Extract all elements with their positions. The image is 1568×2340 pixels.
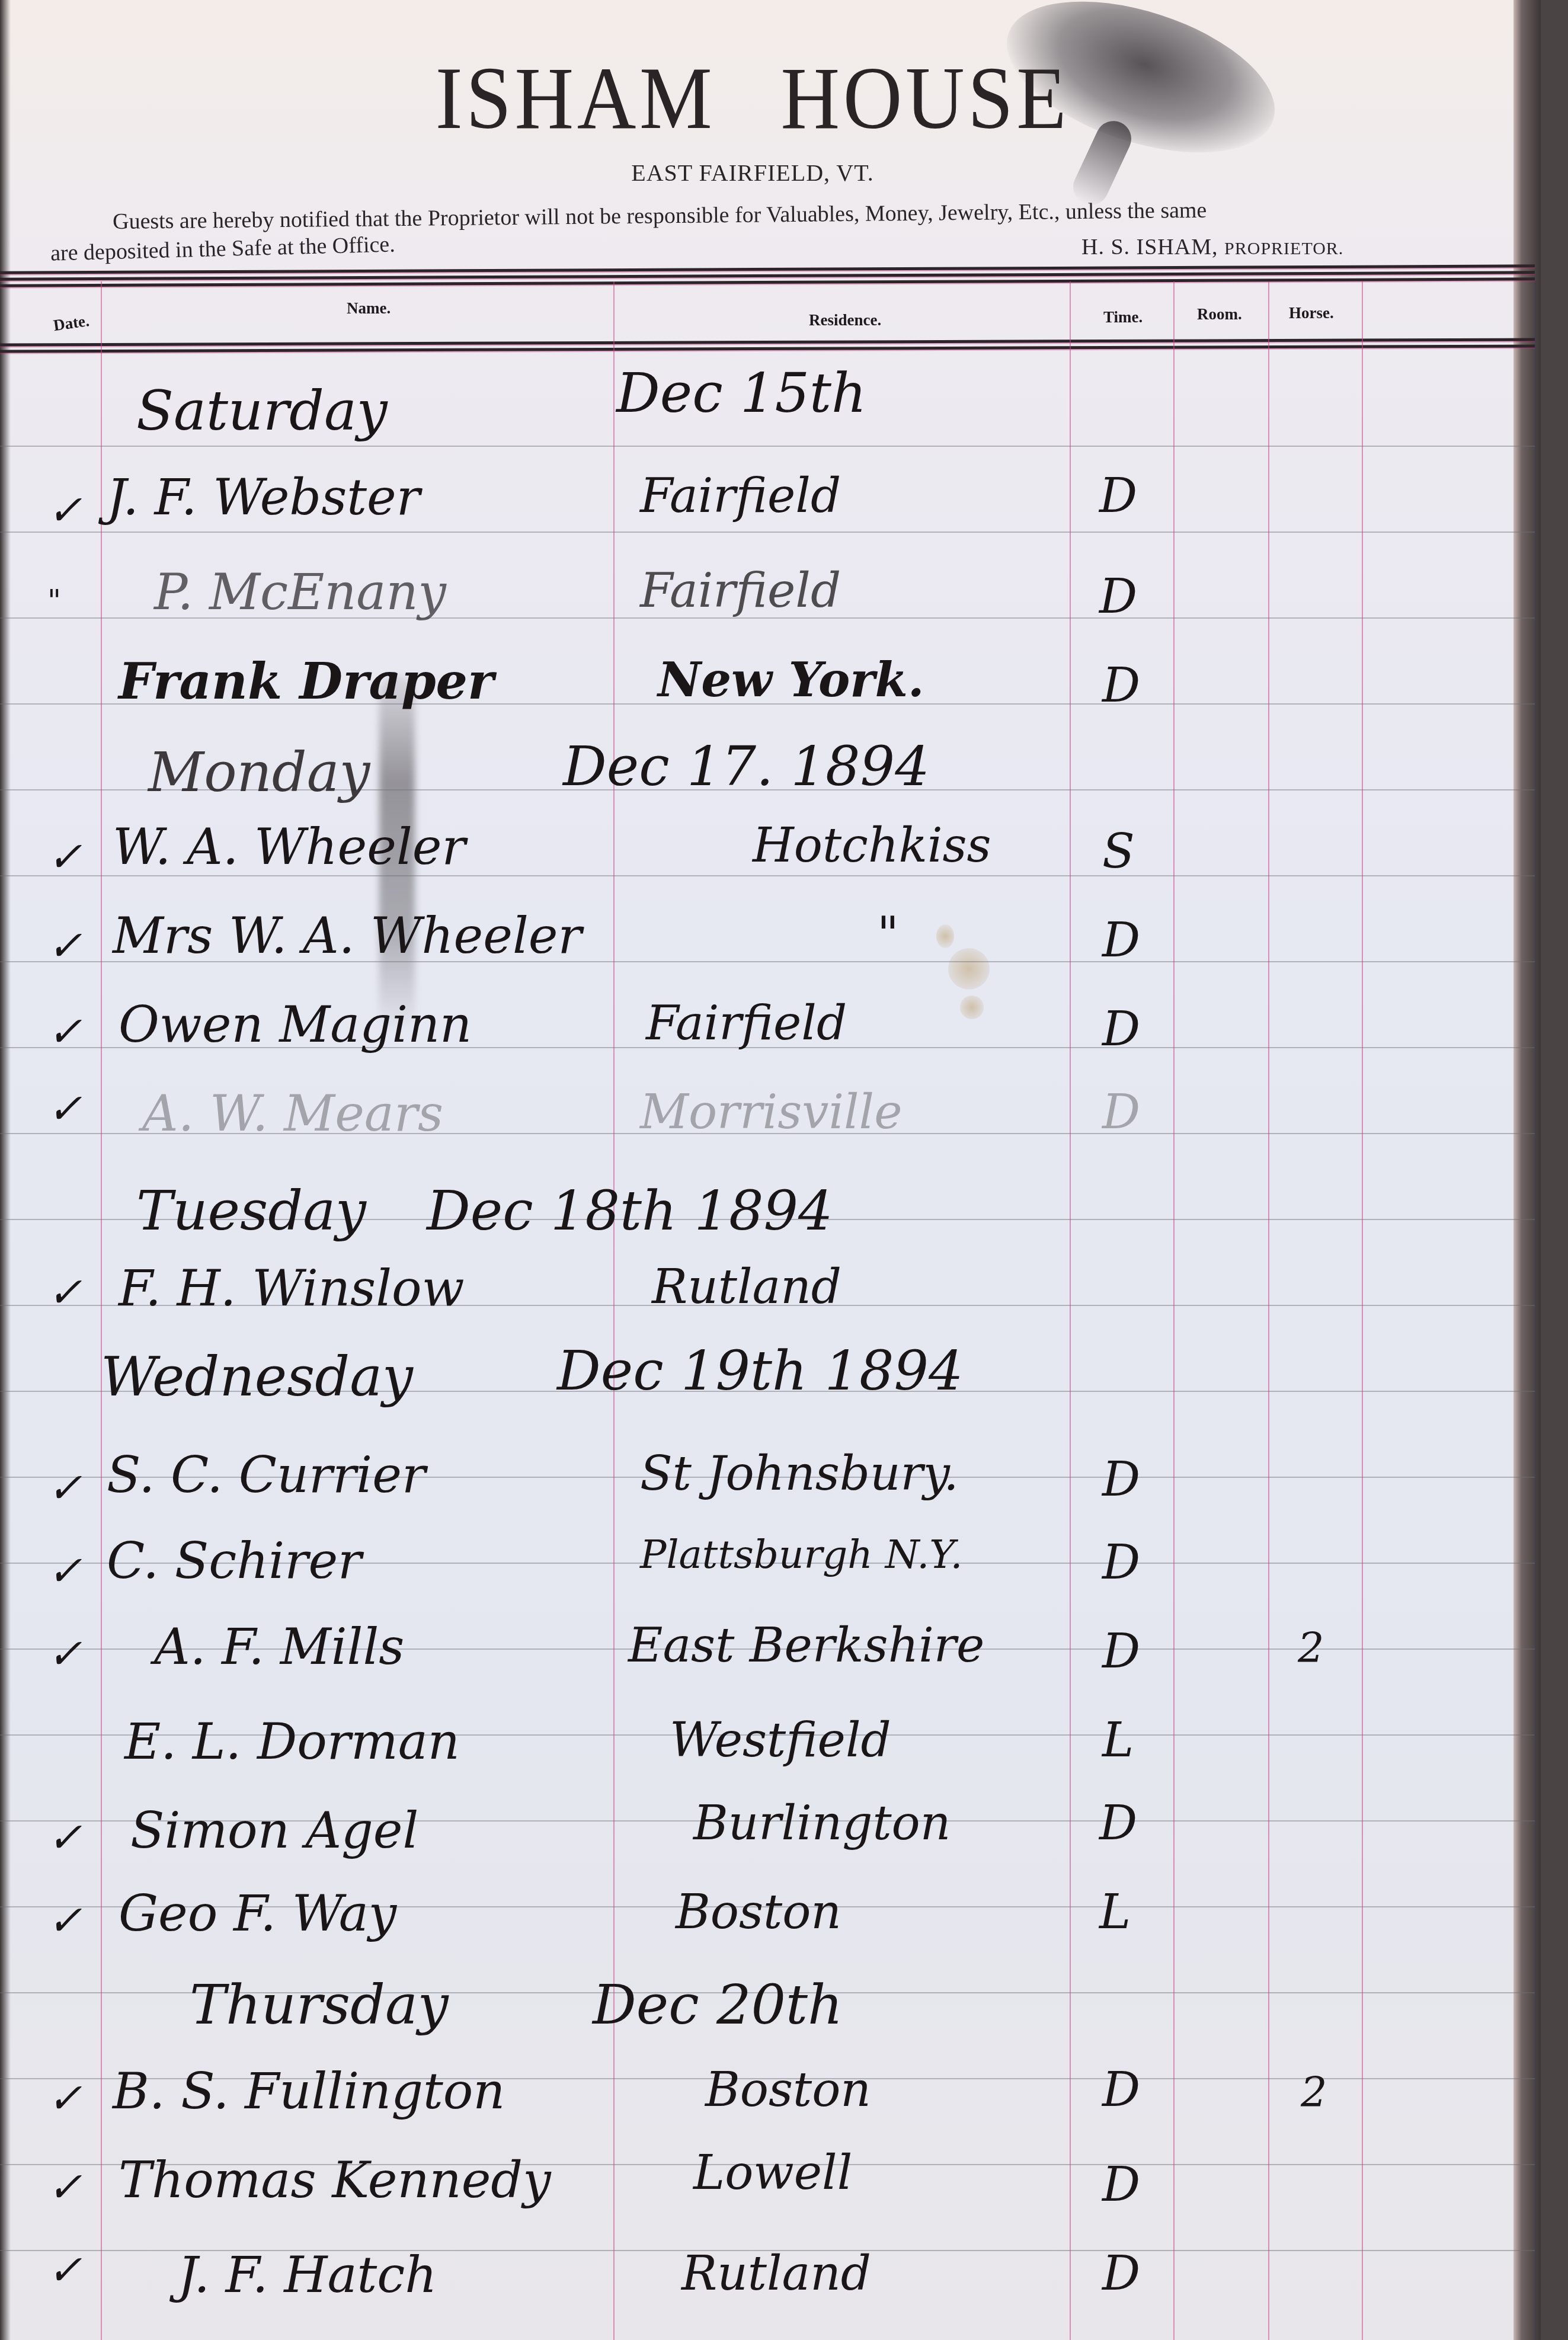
column-rule-residence — [1070, 281, 1071, 2340]
day-heading: Wednesday — [101, 1345, 413, 1409]
guest-residence: Hotchkiss — [753, 818, 991, 873]
guest-residence: St Johnsbury. — [640, 1446, 959, 1501]
guest-name: P. McEnany — [154, 563, 446, 621]
checkmark: ✓ — [47, 1896, 82, 1945]
arrival-time: D — [1102, 1084, 1140, 1139]
ruled-line — [0, 532, 1535, 533]
notice-line-2: are deposited in the Safe at the Office. — [50, 231, 396, 266]
column-header-time: Time. — [1103, 308, 1143, 326]
notice-line-1: Guests are hereby notified that the Prop… — [113, 194, 1476, 235]
guest-name: Mrs W. A. Wheeler — [113, 907, 582, 965]
column-rule-date — [101, 281, 102, 2340]
checkmark: ✓ — [47, 2163, 82, 2211]
arrival-time: D — [1102, 658, 1140, 713]
day-heading-date: Dec 15th — [616, 361, 866, 425]
guest-residence: Fairfield — [640, 468, 841, 523]
ruled-line — [0, 446, 1535, 447]
title-word-house: HOUSE — [781, 49, 1070, 148]
column-header-horse: Horse. — [1289, 304, 1334, 322]
day-heading: Tuesday — [136, 1179, 366, 1243]
ditto-mark: " — [47, 584, 61, 618]
arrival-time: D — [1102, 2062, 1140, 2117]
guest-name: C. Schirer — [107, 1532, 361, 1590]
guest-name: Owen Maginn — [119, 995, 472, 1054]
column-rule-horse — [1362, 281, 1363, 2340]
checkmark: ✓ — [47, 2074, 82, 2123]
column-header-residence: Residence. — [809, 311, 881, 329]
arrival-time: D — [1102, 913, 1140, 968]
guest-residence: Morrisville — [640, 1084, 903, 1139]
checkmark: ✓ — [47, 486, 82, 534]
day-heading: Thursday — [190, 1973, 449, 2037]
arrival-time: L — [1099, 1884, 1131, 1939]
guest-name: J. F. Webster — [107, 468, 420, 526]
guest-name: Simon Agel — [130, 1801, 418, 1859]
day-heading-date: Dec 19th 1894 — [557, 1339, 964, 1403]
arrival-time: D — [1102, 1535, 1140, 1590]
water-stain — [948, 948, 990, 990]
arrival-time: D — [1102, 1452, 1140, 1507]
checkmark: ✓ — [47, 1464, 82, 1512]
guest-residence: Burlington — [693, 1795, 951, 1851]
guest-residence: Rutland — [652, 1259, 841, 1314]
column-header-date: Date. — [52, 312, 90, 335]
guest-name: A. W. Mears — [142, 1084, 443, 1142]
guest-residence: " — [877, 907, 899, 962]
column-rule-room — [1268, 281, 1269, 2340]
arrival-time: D — [1102, 1624, 1140, 1679]
guest-residence: Boston — [676, 1884, 841, 1939]
proprietor-title: PROPRIETOR. — [1224, 239, 1343, 258]
guest-residence: Fairfield — [646, 995, 847, 1051]
hotel-location: EAST FAIRFIELD, VT. — [0, 159, 1505, 187]
guest-name: B. S. Fullington — [113, 2062, 505, 2120]
guest-name: S. C. Currier — [107, 1446, 425, 1504]
guest-name: Geo F. Way — [119, 1884, 396, 1942]
horse-count: 2 — [1301, 2068, 1327, 2117]
proprietor-signature: H. S. ISHAM, PROPRIETOR. — [1081, 234, 1343, 260]
arrival-time: D — [1099, 468, 1137, 523]
guest-name: W. A. Wheeler — [113, 818, 466, 876]
guest-name: J. F. Hatch — [178, 2246, 437, 2304]
guest-name: Thomas Kennedy — [119, 2151, 551, 2209]
title-word-isham: ISHAM — [436, 49, 715, 148]
guest-residence: Plattsburgh N.Y. — [640, 1532, 962, 1577]
proprietor-name: H. S. ISHAM, — [1081, 235, 1224, 260]
day-heading-date: Dec 20th — [593, 1973, 843, 2037]
day-heading-date: Dec 17. 1894 — [563, 735, 930, 798]
checkmark: ✓ — [47, 833, 82, 881]
day-heading: Saturday — [136, 379, 388, 443]
arrival-time: D — [1102, 1001, 1140, 1057]
header-rule-top — [0, 264, 1535, 290]
checkmark: ✓ — [47, 1547, 82, 1595]
guest-residence: Fairfield — [640, 563, 841, 618]
hotel-title: ISHAMHOUSE — [60, 47, 1445, 149]
arrival-time: D — [1099, 1795, 1137, 1851]
arrival-time: D — [1102, 2157, 1140, 2212]
checkmark: ✓ — [47, 921, 82, 970]
day-heading: Monday — [148, 741, 370, 804]
column-rule-time — [1173, 281, 1175, 2340]
guest-residence: New York. — [658, 652, 924, 708]
ledger-page: ISHAMHOUSE EAST FAIRFIELD, VT. Guests ar… — [0, 0, 1541, 2340]
header-rule-bottom — [0, 338, 1535, 356]
checkmark: ✓ — [47, 1084, 82, 1133]
guest-name: E. L. Dorman — [124, 1712, 460, 1771]
guest-residence: Boston — [705, 2062, 871, 2117]
column-header-name: Name. — [347, 299, 391, 318]
checkmark: ✓ — [47, 2246, 82, 2294]
water-stain — [960, 995, 984, 1019]
guest-name: Frank Draper — [119, 652, 494, 710]
column-header-room: Room. — [1197, 305, 1242, 324]
arrival-time: D — [1099, 569, 1137, 624]
guest-residence: Rutland — [681, 2246, 871, 2301]
arrival-time: L — [1102, 1712, 1134, 1768]
guest-residence: Lowell — [693, 2145, 852, 2200]
water-stain — [936, 924, 954, 948]
page-margin-rule — [1535, 281, 1536, 2340]
horse-count: 2 — [1298, 1624, 1324, 1672]
arrival-time: S — [1102, 824, 1135, 879]
checkmark: ✓ — [47, 1007, 82, 1056]
guest-residence: East Berkshire — [628, 1618, 984, 1673]
guest-name: F. H. Winslow — [119, 1259, 465, 1317]
guest-residence: Westfield — [670, 1712, 891, 1768]
checkmark: ✓ — [47, 1268, 82, 1317]
checkmark: ✓ — [47, 1630, 82, 1678]
guest-name: A. F. Mills — [154, 1618, 404, 1676]
day-heading-date: Dec 18th 1894 — [427, 1179, 833, 1243]
checkmark: ✓ — [47, 1813, 82, 1862]
arrival-time: D — [1102, 2246, 1140, 2301]
